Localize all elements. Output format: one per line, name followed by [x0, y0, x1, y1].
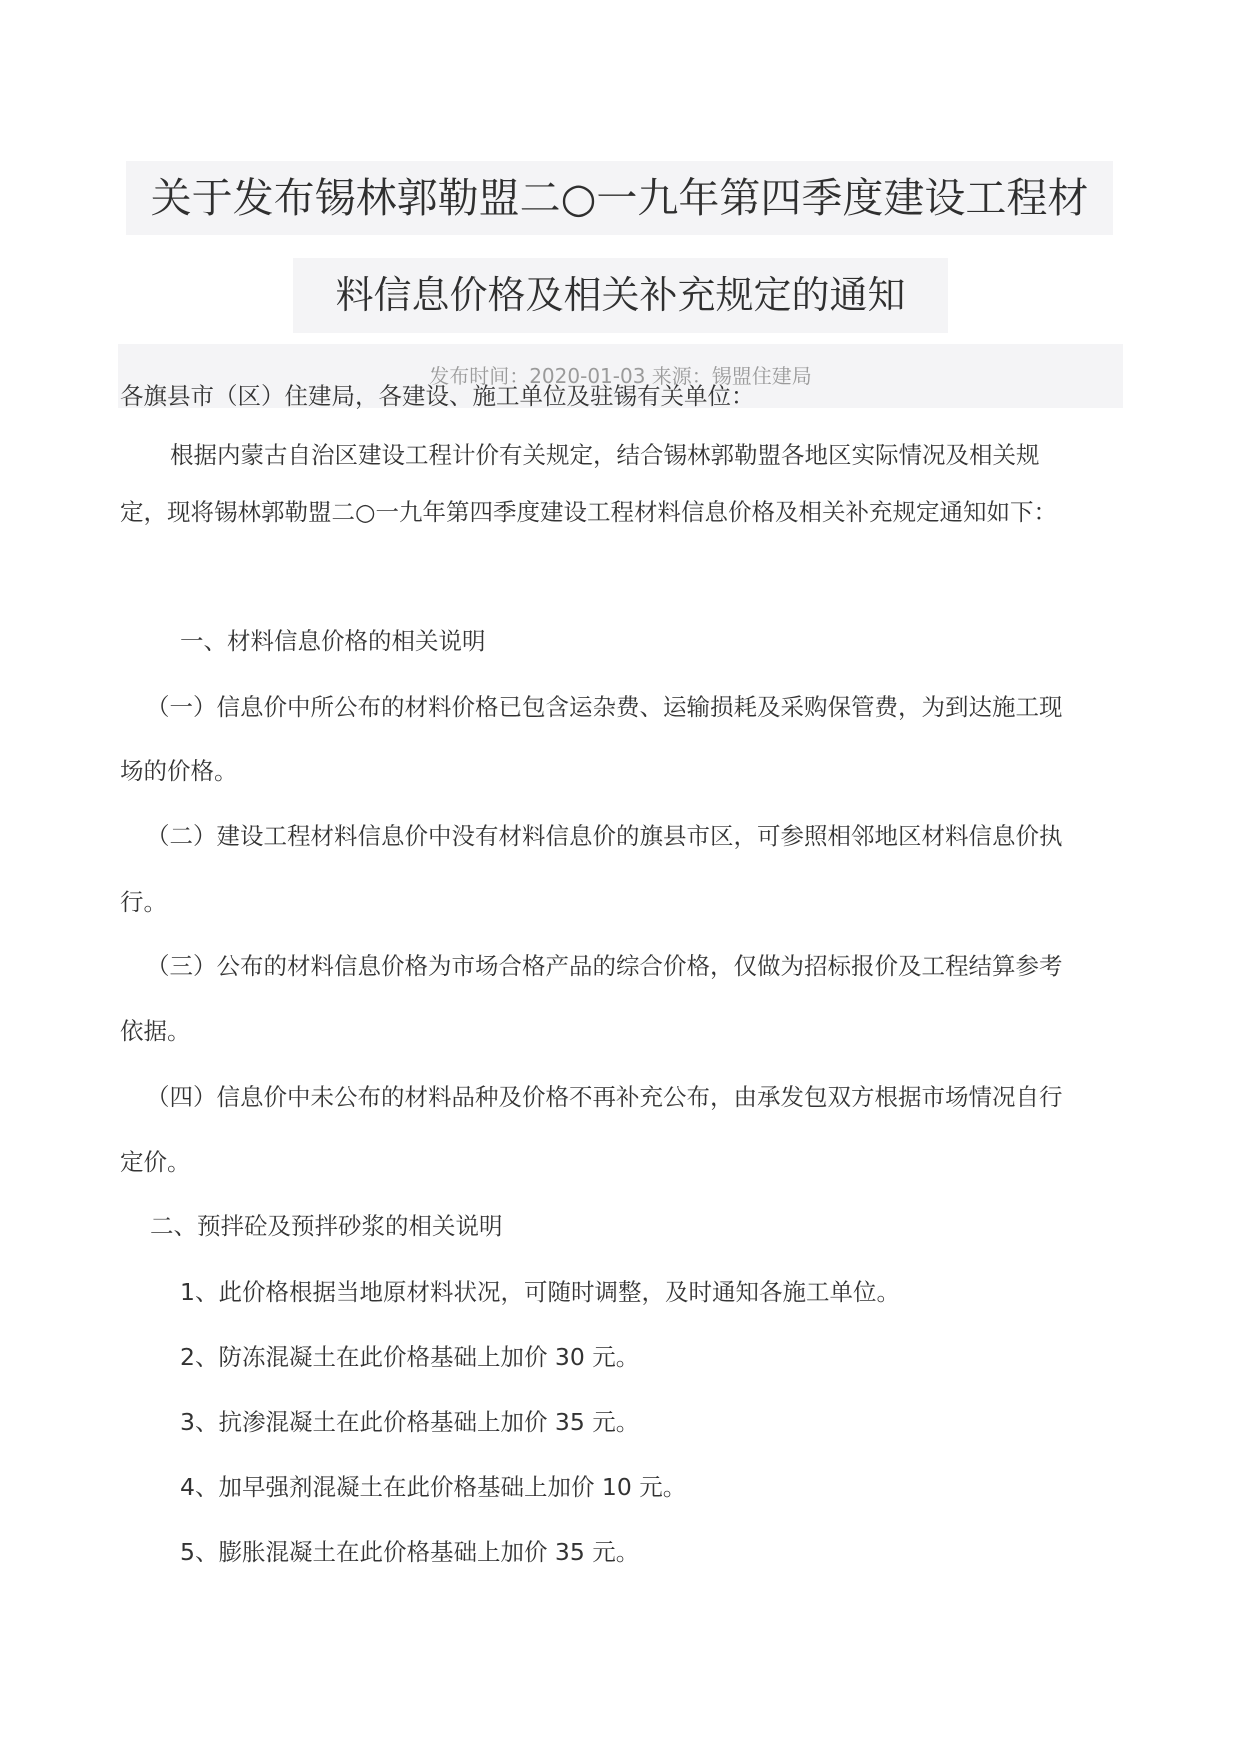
- intro-line-2: 定，现将锡林郭勒盟二○一九年第四季度建设工程材料信息价格及相关补充规定通知如下：: [120, 497, 1057, 527]
- section2-item-3: 3、抗渗混凝土在此价格基础上加价 35 元。: [180, 1407, 639, 1437]
- document-title-line-2: 料信息价格及相关补充规定的通知: [293, 258, 948, 333]
- intro-line-1: 根据内蒙古自治区建设工程计价有关规定，结合锡林郭勒盟各地区实际情况及相关规: [170, 440, 1040, 470]
- section2-item-2: 2、防冻混凝土在此价格基础上加价 30 元。: [180, 1342, 639, 1372]
- section1-item-1-line-2: 场的价格。: [120, 756, 238, 786]
- salutation: 各旗县市（区）住建局，各建设、施工单位及驻锡有关单位：: [120, 381, 755, 411]
- document-title-line-1: 关于发布锡林郭勒盟二○一九年第四季度建设工程材: [126, 161, 1113, 235]
- section1-item-2-line-2: 行。: [120, 887, 167, 917]
- section2-item-4: 4、加早强剂混凝土在此价格基础上加价 10 元。: [180, 1472, 686, 1502]
- section2-heading: 二、预拌砼及预拌砂浆的相关说明: [150, 1211, 503, 1241]
- section1-item-3-line-1: （三）公布的材料信息价格为市场合格产品的综合价格，仅做为招标报价及工程结算参考: [146, 951, 1063, 981]
- section1-heading: 一、材料信息价格的相关说明: [180, 626, 486, 656]
- section2-item-1: 1、此价格根据当地原材料状况，可随时调整，及时通知各施工单位。: [180, 1277, 900, 1307]
- section1-item-4-line-1: （四）信息价中未公布的材料品种及价格不再补充公布，由承发包双方根据市场情况自行: [146, 1082, 1063, 1112]
- section1-item-2-line-1: （二）建设工程材料信息价中没有材料信息价的旗县市区，可参照相邻地区材料信息价执: [146, 821, 1063, 851]
- section1-item-4-line-2: 定价。: [120, 1147, 191, 1177]
- section2-item-5: 5、膨胀混凝土在此价格基础上加价 35 元。: [180, 1537, 639, 1567]
- section1-item-1-line-1: （一）信息价中所公布的材料价格已包含运杂费、运输损耗及采购保管费，为到达施工现: [146, 692, 1063, 722]
- section1-item-3-line-2: 依据。: [120, 1016, 191, 1046]
